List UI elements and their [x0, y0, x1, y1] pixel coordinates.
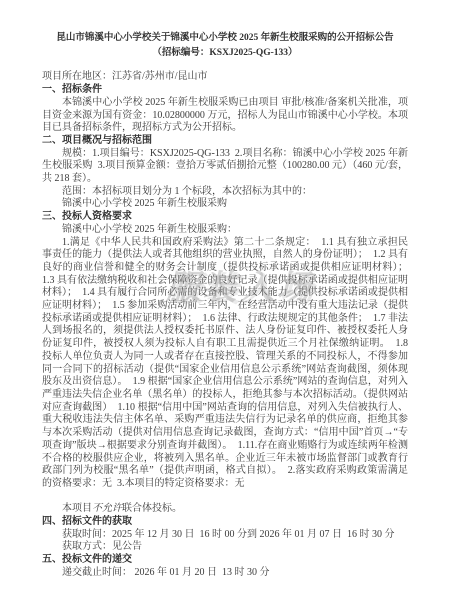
paragraph: 锦溪中心小学校 2025 年新生校服采购： — [42, 224, 408, 237]
tender-number: （招标编号：KSXJ2025-QG-133） — [42, 47, 408, 60]
paragraph: 本锦溪中心小学校 2025 年新生校服采购已由项目 审批/核准/备案机关批准，项… — [42, 97, 408, 135]
section-heading: 二、项目概况与招标范围 — [42, 135, 408, 148]
section-bid-submission: 五、投标文件的递交 递交截止时间： 2026 年 01 月 20 日 13 时 … — [42, 554, 408, 579]
paragraph: 锦溪中心小学校 2025 年新生校服采购 — [42, 198, 408, 211]
paragraph: 获取时间：2025 年 12 月 30 日 16 时 00 分到 2026 年 … — [42, 529, 408, 542]
paragraph: 获取方式：见公告 — [42, 541, 408, 554]
project-region-line: 项目所在地区：江苏省/苏州市/昆山市 — [42, 71, 408, 84]
document-title: 昆山市锦溪中心小学校关于锦溪中心小学校 2025 年新生校服采购的公开招标公告 — [32, 32, 418, 45]
joint-bid-emphasis: 不允许 — [92, 503, 122, 514]
section-heading: 三、投标人资格要求 — [42, 211, 408, 224]
paragraph: 1.满足《中华人民共和国政府采购法》第二十二条规定： 1.1 具有独立承担民事责… — [42, 237, 408, 491]
section-heading: 一、招标条件 — [42, 84, 408, 97]
section-document-acquisition: 四、招标文件的获取 获取时间：2025 年 12 月 30 日 16 时 00 … — [42, 516, 408, 554]
section-bidder-qualifications: 三、投标人资格要求 锦溪中心小学校 2025 年新生校服采购： 1.满足《中华人… — [42, 211, 408, 516]
section-project-overview: 二、项目概况与招标范围 规模：1.项目编号：KSXJ2025-QG-133 2.… — [42, 135, 408, 211]
paragraph: 规模：1.项目编号：KSXJ2025-QG-133 2.项目名称：锦溪中心小学校… — [42, 148, 408, 186]
tender-announcement-document: 服装入场 昆山市锦溪中心小学校关于锦溪中心小学校 2025 年新生校服采购的公开… — [0, 0, 450, 600]
paragraph: 范围：本招标项目划分为 1 个标段，本次招标为其中的： — [42, 186, 408, 199]
joint-bid-prefix: 本项目 — [62, 503, 92, 514]
joint-bid-note: 本项目不允许联合体投标。 — [42, 503, 408, 516]
section-tender-conditions: 一、招标条件 本锦溪中心小学校 2025 年新生校服采购已由项目 审批/核准/备… — [42, 84, 408, 135]
joint-bid-suffix: 联合体投标。 — [122, 503, 182, 514]
paragraph: 递交截止时间： 2026 年 01 月 20 日 13 时 30 分 — [42, 567, 408, 580]
section-heading: 四、招标文件的获取 — [42, 516, 408, 529]
section-heading: 五、投标文件的递交 — [42, 554, 408, 567]
